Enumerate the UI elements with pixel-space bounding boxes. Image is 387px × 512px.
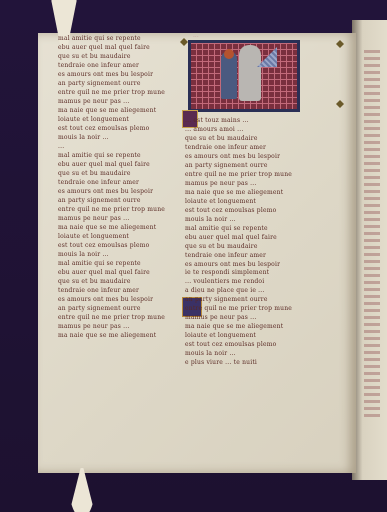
- text-line: es amours ont mes bu lespoir: [58, 295, 176, 304]
- text-line: est tout cez emoulsas plemo: [58, 241, 176, 250]
- text-line: es amours ont mes bu lespoir: [185, 152, 303, 161]
- text-line: es amours ont mes bu lespoir: [58, 70, 176, 79]
- text-line: ... voulentiers me rendoi: [185, 277, 303, 286]
- text-line: entre quil ne me prier trop mune: [185, 304, 303, 313]
- text-line: mal amitie qui se repente: [185, 224, 303, 233]
- text-line: loiaute et longuement: [58, 232, 176, 241]
- text-line: ma naie que se me aliegement: [185, 188, 303, 197]
- text-line: entre quil ne me prier trop mune: [58, 313, 176, 322]
- text-line: ...: [58, 142, 176, 151]
- text-line: tendraie one infeur amer: [185, 143, 303, 152]
- text-line: mouis la noir ...: [185, 349, 303, 358]
- facing-page-edge: [352, 20, 387, 480]
- text-line: an party signement ourre: [58, 196, 176, 205]
- text-line: est tout cez emoulsas plemo: [185, 340, 303, 349]
- rubric: ...: [193, 32, 199, 39]
- left-text-column: mal amitie qui se repente ebu auer quel …: [58, 34, 176, 340]
- right-text-column-bottom: ie te respondi simplement ... voulentier…: [185, 268, 303, 367]
- text-line: est tout cez emoulsas plemo: [58, 124, 176, 133]
- text-line: ... amours amoi ...: [185, 125, 303, 134]
- text-line: que su et bu maudaire: [185, 134, 303, 143]
- right-text-column-top: ... est touz mains ... ... amours amoi .…: [185, 116, 303, 269]
- text-line: ... est touz mains ...: [185, 116, 303, 125]
- text-line: tendraie one infeur amer: [58, 286, 176, 295]
- facing-page-text: [364, 50, 380, 420]
- text-line: an party signement ourre: [58, 79, 176, 88]
- text-line: mamus pe neur pas ...: [58, 214, 176, 223]
- text-line: entre quil ne me prier trop mune: [58, 205, 176, 214]
- text-line: loiaute et longuement: [185, 331, 303, 340]
- text-line: mal amitie qui se repente: [58, 34, 176, 43]
- text-line: es amours ont mes bu lespoir: [58, 187, 176, 196]
- text-line: entre quil ne me prier trop mune: [185, 170, 303, 179]
- text-line: mouis la noir ...: [58, 133, 176, 142]
- text-line: mamus pe neur pas ...: [185, 179, 303, 188]
- text-line: ie te respondi simplement: [185, 268, 303, 277]
- text-line: ma naie que se me aliegement: [185, 322, 303, 331]
- text-line: mamus pe neur pas ...: [58, 322, 176, 331]
- text-line: ebu auer quel mal quel faire: [58, 160, 176, 169]
- text-line: mouis la noir ...: [58, 250, 176, 259]
- text-line: ma naie que se me aliegement: [58, 223, 176, 232]
- text-line: mouis la noir ...: [185, 215, 303, 224]
- figure-angel: [239, 45, 261, 101]
- text-line: e plus viure ... te nuiti: [185, 358, 303, 367]
- text-line: que su et bu maudaire: [58, 52, 176, 61]
- text-line: que su et bu maudaire: [58, 169, 176, 178]
- text-line: ebu auer quel mal quel faire: [185, 233, 303, 242]
- text-line: loiaute et longuement: [58, 115, 176, 124]
- text-line: est tout cez emoulsas plemo: [185, 206, 303, 215]
- text-line: an party signement ourre: [185, 295, 303, 304]
- text-line: entre quil ne me prier trop mune: [58, 88, 176, 97]
- text-line: ma naie que se me aliegement: [58, 331, 176, 340]
- text-line: mamus pe neur pas ...: [185, 313, 303, 322]
- text-line: tendraie one infeur amer: [58, 61, 176, 70]
- text-line: an party signement ourre: [185, 161, 303, 170]
- text-line: que su et bu maudaire: [58, 277, 176, 286]
- text-line: tendraie one infeur amer: [58, 178, 176, 187]
- text-line: ebu auer quel mal quel faire: [58, 268, 176, 277]
- text-line: tendraie one infeur amer: [185, 251, 303, 260]
- text-line: ma naie que se me aliegement: [58, 106, 176, 115]
- figure-man: [221, 51, 237, 99]
- text-line: loiaute et longuement: [185, 197, 303, 206]
- text-line: ebu auer quel mal quel faire: [58, 43, 176, 52]
- miniature-illumination: [188, 40, 300, 112]
- text-line: que su et bu maudaire: [185, 242, 303, 251]
- text-line: mal amitie qui se repente: [58, 259, 176, 268]
- text-line: an party signement ourre: [58, 304, 176, 313]
- text-line: mamus pe neur pas ...: [58, 97, 176, 106]
- text-line: a dieu ne place que ie ...: [185, 286, 303, 295]
- text-line: mal amitie qui se repente: [58, 151, 176, 160]
